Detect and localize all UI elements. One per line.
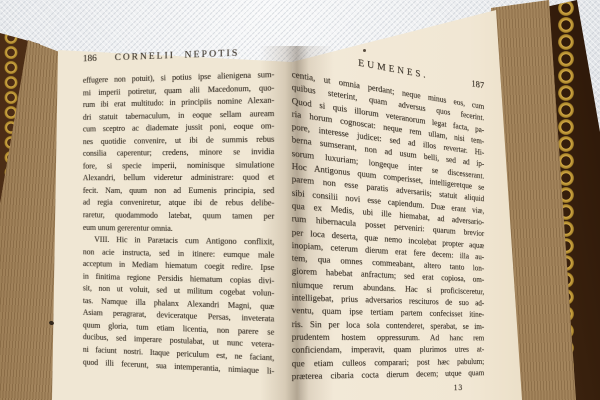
left-page-number: 186 <box>83 52 112 64</box>
text-line: prudentem hostem oppressurum. Ad hanc re… <box>292 331 484 344</box>
text-line: consilia caperentur; credens, minore se … <box>83 146 274 160</box>
speck <box>363 49 366 52</box>
text-line: raretur, quodammodo latebat, quum tamen … <box>83 209 274 223</box>
left-running-head: 186 CORNELII NEPOTIS <box>83 46 274 64</box>
text-line: fore, si specie imperii, nominisque simu… <box>83 159 274 173</box>
text-line: Alexandri, bellum videretur administrare… <box>83 172 274 185</box>
left-running-title: CORNELII NEPOTIS <box>111 47 243 63</box>
text-line: ad regia conveniretur, atque ibi de rebu… <box>83 197 274 210</box>
text-line: fecit. Nam, quum non ad Eumenis principi… <box>83 185 274 198</box>
left-page-text: 186 CORNELII NEPOTIS effugere non potuit… <box>83 46 274 378</box>
book-photo: 186 CORNELII NEPOTIS effugere non potuit… <box>0 0 600 400</box>
text-line: præterea cibaria cocta dierum decem; utq… <box>292 367 484 383</box>
text-line: conficiendam, imperavit, quam plurimos u… <box>292 344 484 357</box>
right-page-text: EUMENES. 187 centia, ut omnia perdant; n… <box>292 45 484 398</box>
